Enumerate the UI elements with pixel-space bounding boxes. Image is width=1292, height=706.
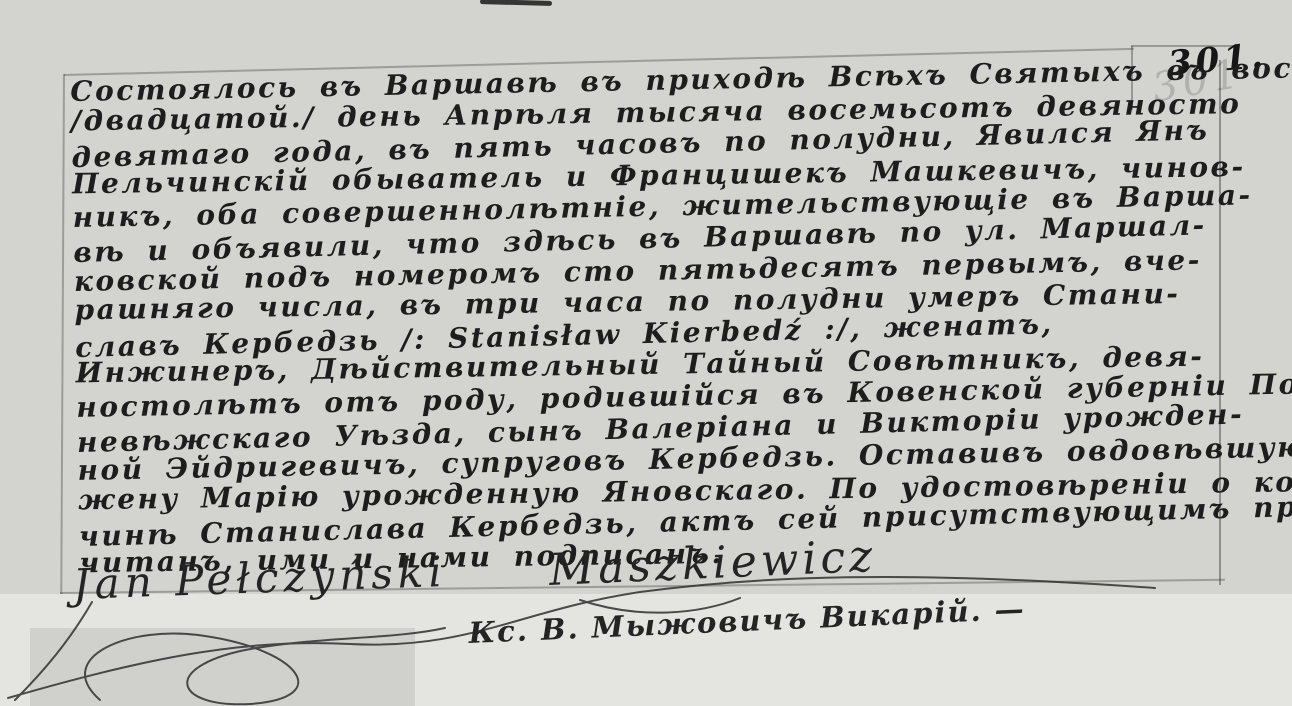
record-frame-left-line	[60, 74, 64, 594]
record-text-block: Состоялось въ Варшавѣ въ приходѣ Всѣхъ С…	[70, 53, 1259, 581]
ink-smudge	[480, 0, 552, 6]
document-scan: 301 301. Состоялось въ Варшавѣ въ приход…	[0, 0, 1292, 706]
